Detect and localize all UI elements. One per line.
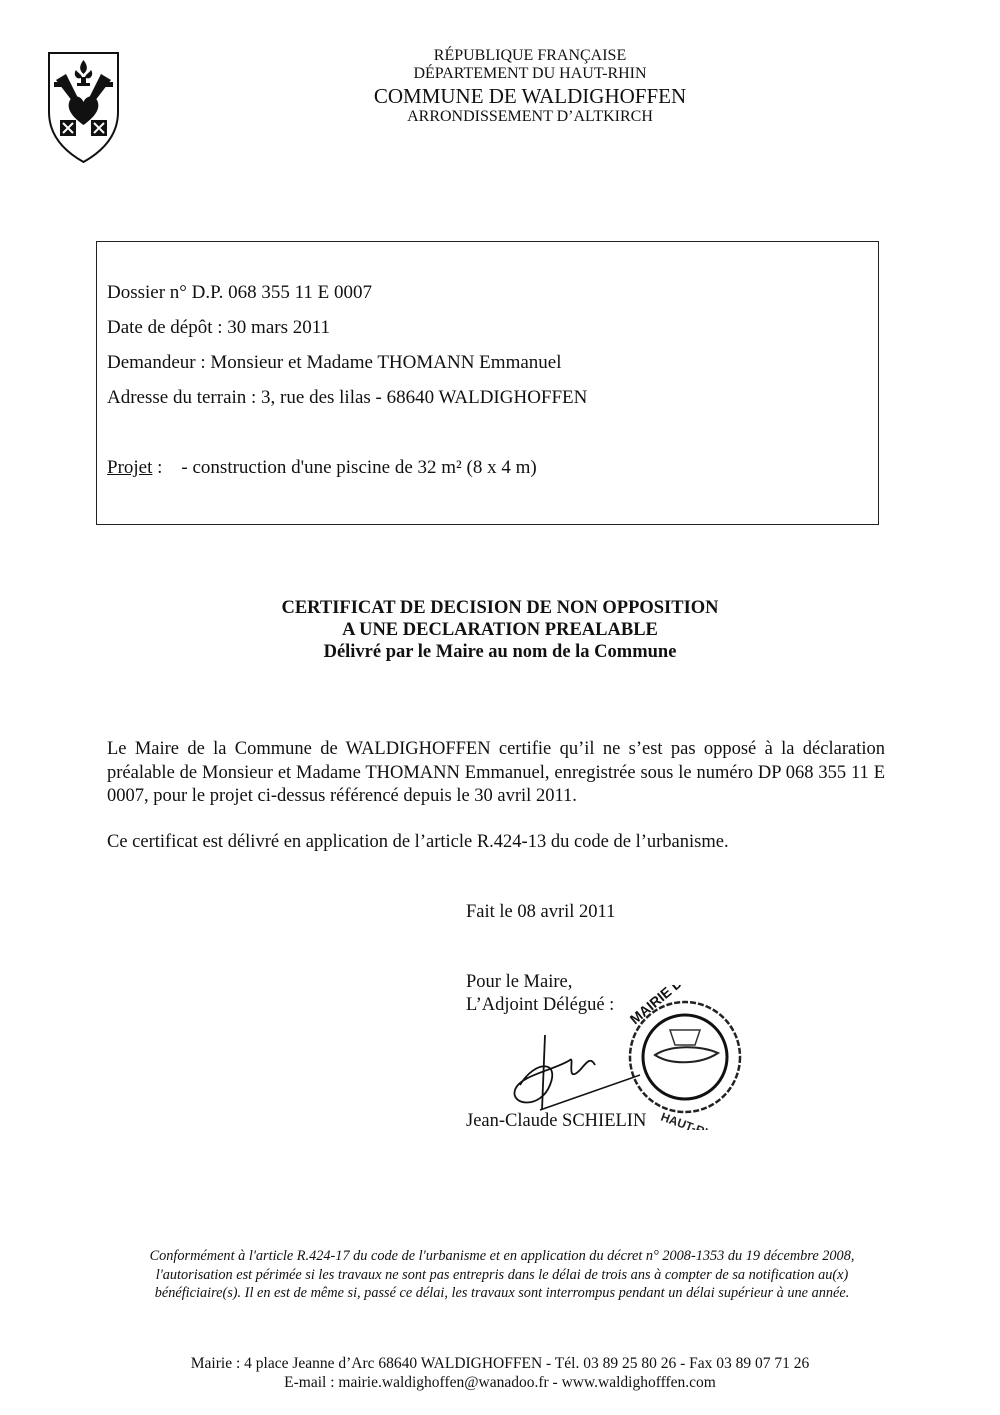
projet: Projet : - construction d'une piscine de… [107, 457, 537, 479]
handwritten-signature-icon [500, 1030, 650, 1120]
coat-of-arms-icon [46, 50, 121, 165]
signatory-role: Pour le Maire, L’Adjoint Délégué : [466, 971, 614, 1017]
svg-text:MAIRIE DE: MAIRIE DE [627, 985, 693, 1027]
title-line2: A UNE DECLARATION PREALABLE [0, 619, 1000, 641]
title-line3: Délivré par le Maire au nom de la Commun… [0, 641, 1000, 663]
pour-le-maire: Pour le Maire, [466, 971, 614, 994]
certificate-title: CERTIFICAT DE DECISION DE NON OPPOSITION… [0, 597, 1000, 664]
adresse-terrain: Adresse du terrain : 3, rue des lilas - … [107, 387, 587, 409]
dossier-number: Dossier n° D.P. 068 355 11 E 0007 [107, 282, 372, 304]
footer: Mairie : 4 place Jeanne d’Arc 68640 WALD… [0, 1354, 1000, 1393]
footer-address: Mairie : 4 place Jeanne d’Arc 68640 WALD… [0, 1354, 1000, 1373]
footer-contact: E-mail : mairie.waldighoffen@wanadoo.fr … [0, 1373, 1000, 1392]
letterhead: RÉPUBLIQUE FRANÇAISE DÉPARTEMENT DU HAUT… [330, 47, 730, 126]
legal-basis-paragraph: Ce certificat est délivré en application… [107, 831, 885, 855]
date-signed: Fait le 08 avril 2011 [466, 901, 615, 924]
header-republique: RÉPUBLIQUE FRANÇAISE [330, 47, 730, 65]
validity-note: Conformément à l'article R.424-17 du cod… [122, 1247, 882, 1303]
projet-value: - construction d'une piscine de 32 m² (8… [181, 457, 536, 478]
certification-paragraph: Le Maire de la Commune de WALDIGHOFFEN c… [107, 738, 885, 809]
title-line1: CERTIFICAT DE DECISION DE NON OPPOSITION [0, 597, 1000, 619]
header-departement: DÉPARTEMENT DU HAUT-RHIN [330, 65, 730, 83]
signatory-name: Jean-Claude SCHIELIN [466, 1110, 646, 1133]
header-commune: COMMUNE DE WALDIGHOFFEN [330, 84, 730, 108]
demandeur: Demandeur : Monsieur et Madame THOMANN E… [107, 352, 562, 374]
adjoint-delegue: L’Adjoint Délégué : [466, 994, 614, 1017]
header-arrondissement: ARRONDISSEMENT D’ALTKIRCH [330, 108, 730, 126]
dossier-box: Dossier n° D.P. 068 355 11 E 0007 Date d… [96, 241, 879, 525]
date-depot: Date de dépôt : 30 mars 2011 [107, 317, 330, 339]
projet-label: Projet [107, 457, 152, 478]
projet-separator: : [152, 457, 181, 478]
